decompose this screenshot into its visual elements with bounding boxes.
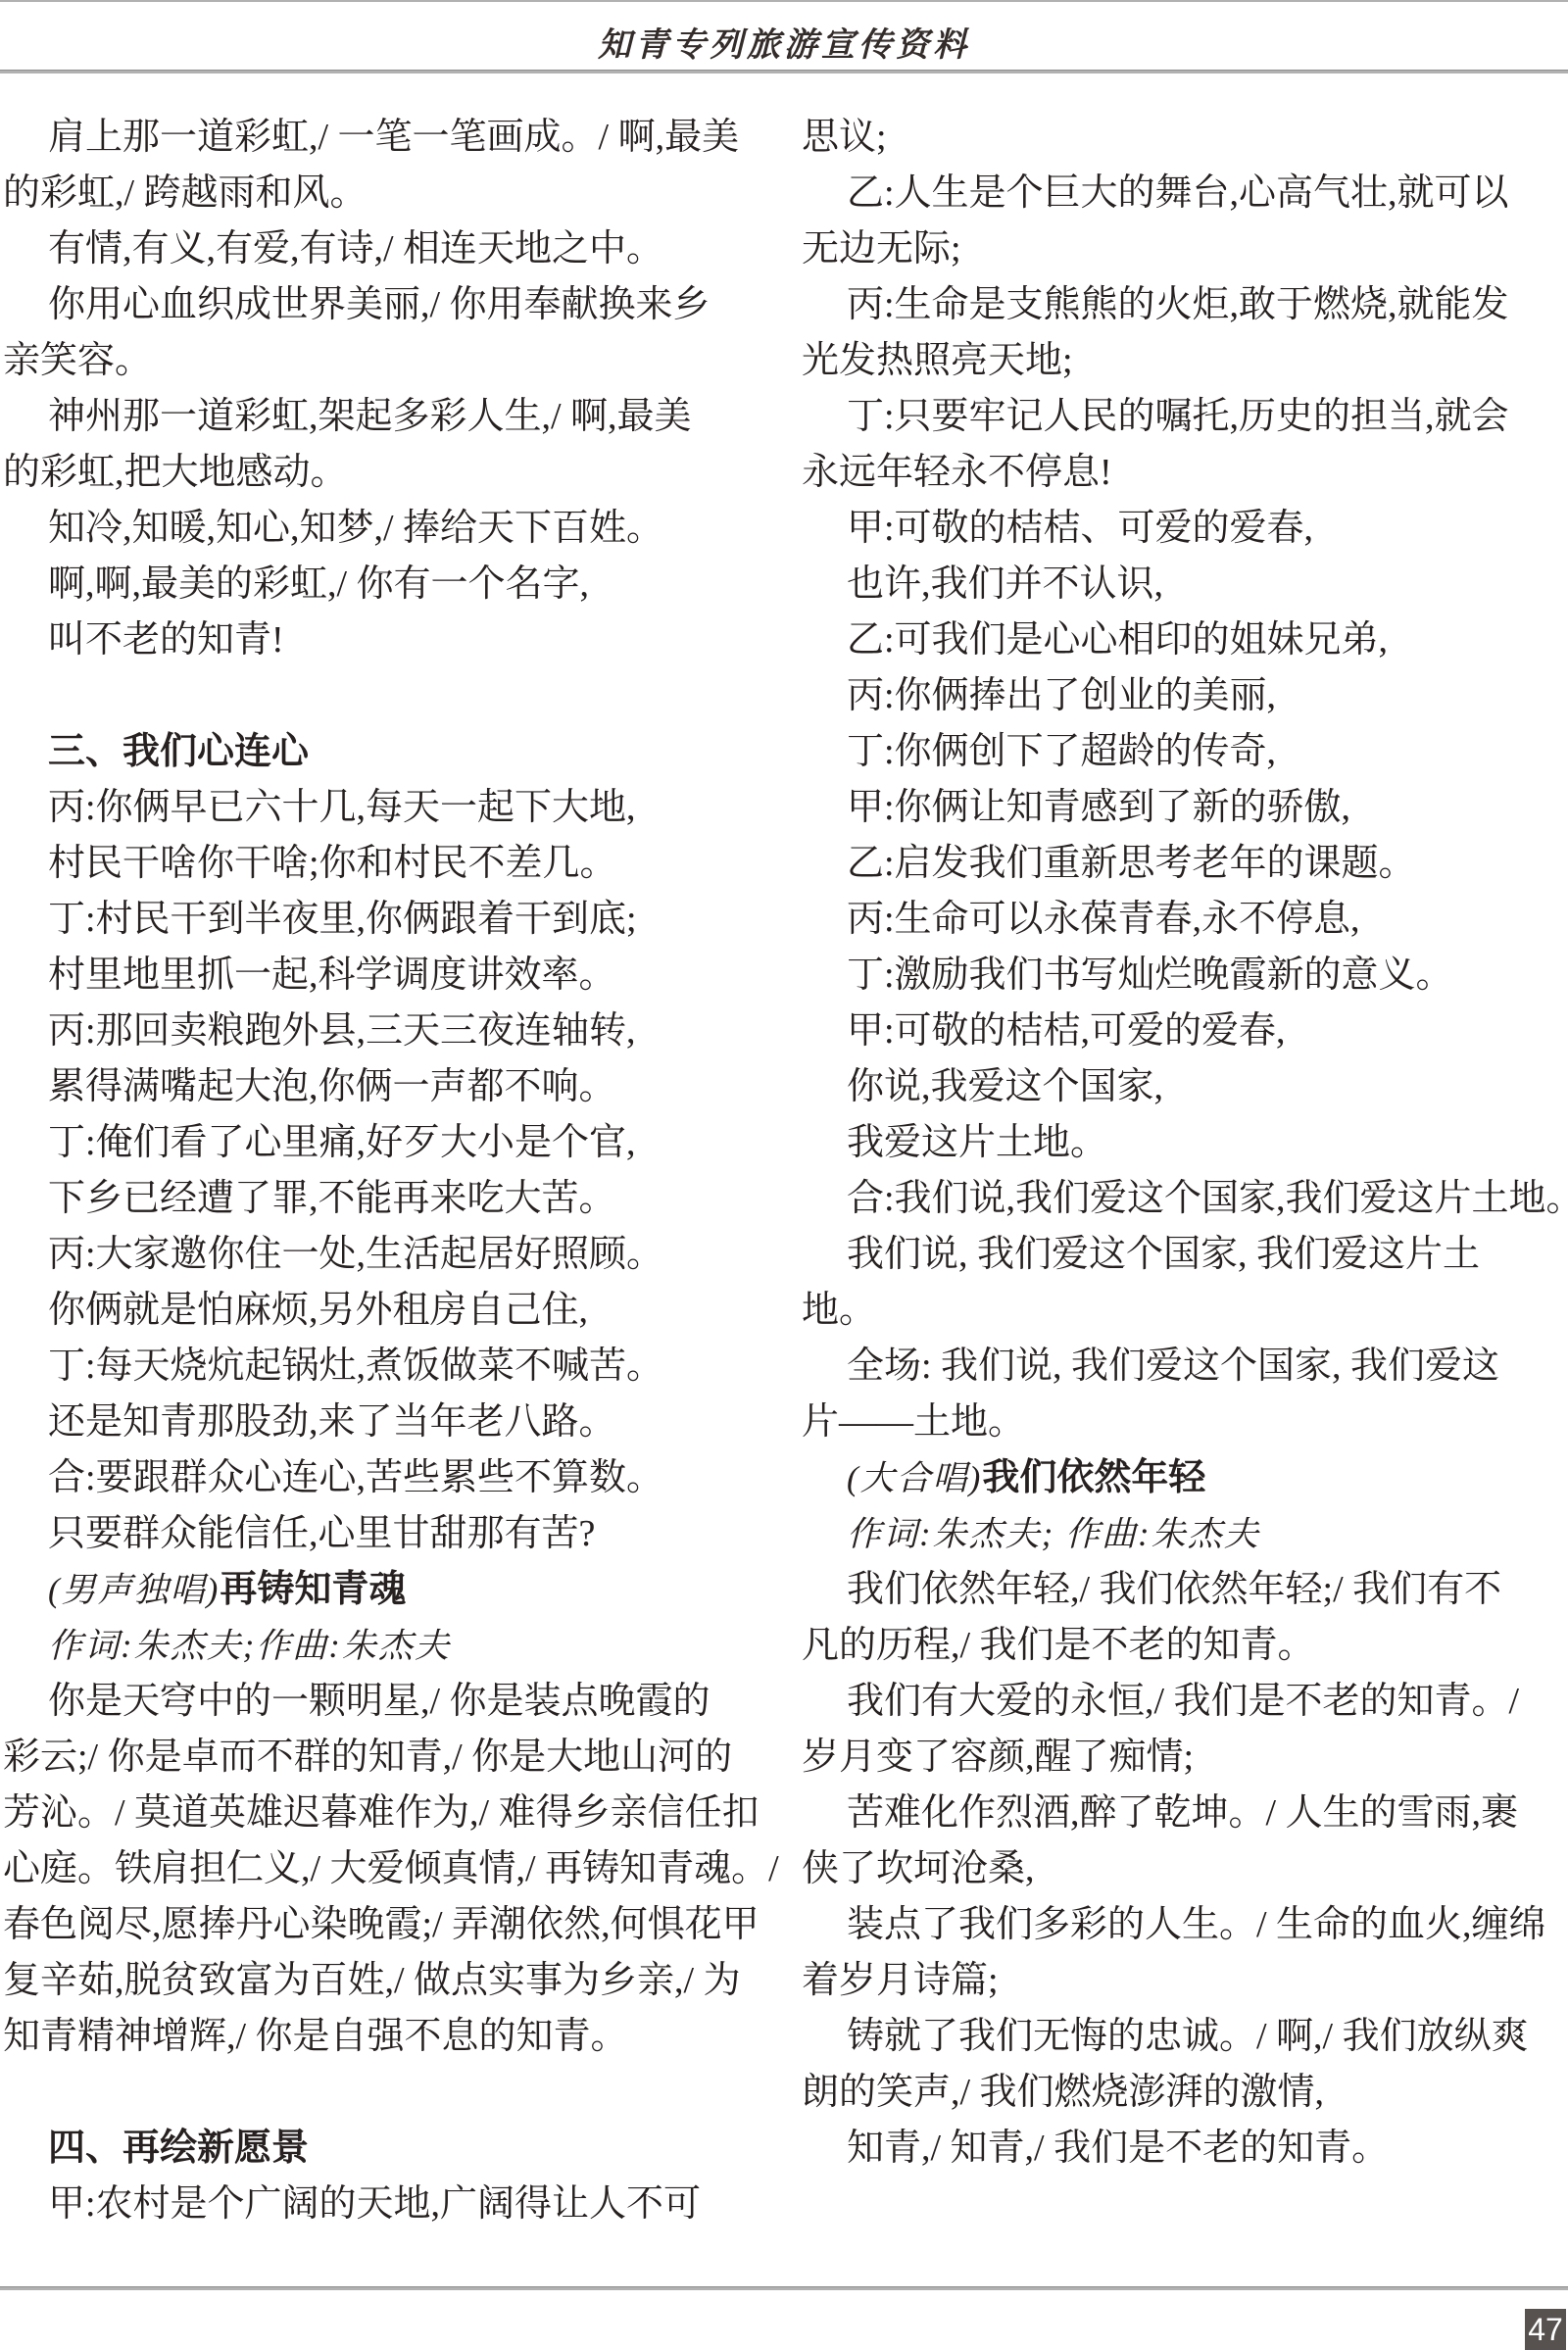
line-text: 你用心血织成世界美丽,/ 你用奉献换来乡 [48, 284, 710, 325]
text-line: 神州那一道彩虹,架起多彩人生,/ 啊,最美 [3, 389, 769, 445]
line-text: 光发热照亮天地; [802, 340, 1073, 381]
text-line: 知青精神增辉,/ 你是自强不息的知青。 [3, 2009, 769, 2065]
line-text: 春色阅尽,愿捧丹心染晚霞;/ 弄潮依然,何惧花甲 [3, 1904, 759, 1945]
text-line: 有情,有义,有爱,有诗,/ 相连天地之中。 [3, 221, 769, 277]
text-line: 丁:你俩创下了超龄的传奇, [802, 724, 1568, 780]
text-line: 岁月变了容颜,醒了痴情; [802, 1730, 1568, 1786]
line-text: 全场: 我们说, 我们爱这个国家, 我们爱这 [847, 1346, 1499, 1387]
text-line: 我爱这片土地。 [802, 1115, 1568, 1171]
line-text: 丁:每天烧炕起锅灶,煮饭做菜不喊苦。 [48, 1346, 663, 1387]
line-text: 岁月变了容颜,醒了痴情; [802, 1737, 1194, 1778]
line-text: 丙:生命可以永葆青春,永不停息, [847, 899, 1360, 940]
line-text: 作词:朱杰夫; 作曲:朱杰夫 [847, 1515, 1260, 1553]
line-text: 也许,我们并不认识, [847, 563, 1163, 605]
page-header-title: 知青专列旅游宣传资料 [0, 18, 1568, 66]
line-text: 乙:启发我们重新思考老年的课题。 [847, 843, 1416, 884]
line-text: 知青,/ 知青,/ 我们是不老的知青。 [847, 2128, 1389, 2169]
text-line: 心庭。铁肩担仁义,/ 大爱倾真情,/ 再铸知青魂。/ [3, 1841, 769, 1897]
footer-rule [0, 2286, 1568, 2290]
line-text: 甲:农村是个广阔的天地,广阔得让人不可 [48, 2183, 701, 2225]
text-line: 我们说, 我们爱这个国家, 我们爱这片土 [802, 1227, 1568, 1283]
section-or-song-title: 四、再绘新愿景 [48, 2128, 309, 2169]
line-text: 丙:那回卖粮跑外县,三天三夜连轴转, [48, 1010, 636, 1052]
text-line: (男声独唱)再铸知青魂 [3, 1562, 769, 1618]
section-or-song-title: 再铸知青魂 [220, 1569, 406, 1610]
top-edge-rule [0, 0, 1568, 2]
line-text: 丁:俺们看了心里痛,好歹大小是个官, [48, 1122, 636, 1163]
text-line: 丙:你俩捧出了创业的美丽, [802, 668, 1568, 724]
line-text: 着岁月诗篇; [802, 1960, 999, 2001]
text-line: 丁:只要牢记人民的嘱托,历史的担当,就会 [802, 389, 1568, 445]
line-text: 甲:你俩让知青感到了新的骄傲, [847, 787, 1350, 828]
text-line: 你俩就是怕麻烦,另外租房自己住, [3, 1283, 769, 1339]
right-column: 思议;乙:人生是个巨大的舞台,心高气壮,就可以无边无际;丙:生命是支熊熊的火炬,… [802, 110, 1568, 2177]
line-text: (大合唱) [847, 1459, 982, 1497]
text-line: 村民干啥你干啥;你和村民不差几。 [3, 836, 769, 892]
line-text: 无边无际; [802, 228, 961, 269]
text-line: 彩云;/ 你是卓而不群的知青,/ 你是大地山河的 [3, 1730, 769, 1786]
line-text: 我爱这片土地。 [847, 1122, 1107, 1163]
text-line: 甲:可敬的桔桔、可爱的爱春, [802, 501, 1568, 557]
text-line: 丙:你俩早已六十几,每天一起下大地, [3, 780, 769, 836]
text-line: 甲:可敬的桔桔,可爱的爱春, [802, 1004, 1568, 1059]
line-text: 苦难化作烈酒,醉了乾坤。/ 人生的雪雨,裹 [847, 1792, 1518, 1834]
text-line: 甲:农村是个广阔的天地,广阔得让人不可 [3, 2177, 769, 2232]
line-text: 芳沁。/ 莫道英雄迟暮难作为,/ 难得乡亲信任扣 [3, 1792, 759, 1834]
text-line: 合:我们说,我们爱这个国家,我们爱这片土地。 [802, 1171, 1568, 1227]
text-line: 丙:大家邀你住一处,生活起居好照顾。 [3, 1227, 769, 1283]
line-text: 作词:朱杰夫;作曲:朱杰夫 [48, 1627, 451, 1665]
text-line: 累得满嘴起大泡,你俩一声都不响。 [3, 1059, 769, 1115]
text-line: 我们依然年轻,/ 我们依然年轻;/ 我们有不 [802, 1562, 1568, 1618]
line-text: 神州那一道彩虹,架起多彩人生,/ 啊,最美 [48, 396, 692, 437]
line-text: 知青精神增辉,/ 你是自强不息的知青。 [3, 2016, 628, 2057]
text-line: 复辛茹,脱贫致富为百姓,/ 做点实事为乡亲,/ 为 [3, 1953, 769, 2009]
line-text: 村民干啥你干啥;你和村民不差几。 [48, 843, 617, 884]
text-line: 丙:生命可以永葆青春,永不停息, [802, 892, 1568, 948]
text-line: 丁:每天烧炕起锅灶,煮饭做菜不喊苦。 [3, 1339, 769, 1395]
text-line: 的彩虹,把大地感动。 [3, 445, 769, 501]
text-line: 凡的历程,/ 我们是不老的知青。 [802, 1618, 1568, 1674]
header-rule [0, 70, 1568, 73]
text-line: 知青,/ 知青,/ 我们是不老的知青。 [802, 2121, 1568, 2177]
text-line: 侠了坎坷沧桑, [802, 1841, 1568, 1897]
line-text: 合:我们说,我们爱这个国家,我们爱这片土地。 [847, 1178, 1568, 1219]
text-line: 苦难化作烈酒,醉了乾坤。/ 人生的雪雨,裹 [802, 1786, 1568, 1841]
text-line: 甲:你俩让知青感到了新的骄傲, [802, 780, 1568, 836]
text-line: 丙:生命是支熊熊的火炬,敢于燃烧,就能发 [802, 277, 1568, 333]
text-line: 你是天穹中的一颗明星,/ 你是装点晚霞的 [3, 1674, 769, 1730]
text-line: 乙:可我们是心心相印的姐妹兄弟, [802, 612, 1568, 668]
line-text: 你俩就是怕麻烦,另外租房自己住, [48, 1290, 588, 1331]
line-text: 侠了坎坷沧桑, [802, 1848, 1035, 1889]
text-line: 春色阅尽,愿捧丹心染晚霞;/ 弄潮依然,何惧花甲 [3, 1897, 769, 1953]
text-line: 装点了我们多彩的人生。/ 生命的血火,缠绵 [802, 1897, 1568, 1953]
line-text: 朗的笑声,/ 我们燃烧澎湃的激情, [802, 2072, 1324, 2113]
line-text: 丙:生命是支熊熊的火炬,敢于燃烧,就能发 [847, 284, 1509, 325]
text-line: 下乡已经遭了罪,不能再来吃大苦。 [3, 1171, 769, 1227]
text-line: 丁:村民干到半夜里,你俩跟着干到底; [3, 892, 769, 948]
line-text: (男声独唱) [48, 1571, 220, 1609]
line-text: 你是天穹中的一颗明星,/ 你是装点晚霞的 [48, 1681, 710, 1722]
line-text: 有情,有义,有爱,有诗,/ 相连天地之中。 [48, 228, 663, 269]
text-line: 全场: 我们说, 我们爱这个国家, 我们爱这 [802, 1339, 1568, 1395]
text-line: 我们有大爱的永恒,/ 我们是不老的知青。/ [802, 1674, 1568, 1730]
line-text: 丁:只要牢记人民的嘱托,历史的担当,就会 [847, 396, 1509, 437]
text-line: 村里地里抓一起,科学调度讲效率。 [3, 948, 769, 1004]
line-text: 甲:可敬的桔桔,可爱的爱春, [847, 1010, 1286, 1052]
section-or-song-title: 三、我们心连心 [48, 731, 309, 772]
text-line: 啊,啊,最美的彩虹,/ 你有一个名字, [3, 557, 769, 612]
text-line: 作词:朱杰夫;作曲:朱杰夫 [3, 1618, 769, 1674]
line-text: 丙:你俩捧出了创业的美丽, [847, 675, 1276, 716]
line-text: 心庭。铁肩担仁义,/ 大爱倾真情,/ 再铸知青魂。/ [3, 1848, 779, 1889]
line-text: 还是知青那股劲,来了当年老八路。 [48, 1401, 616, 1443]
line-text: 叫不老的知青! [48, 619, 284, 661]
line-text: 甲:可敬的桔桔、可爱的爱春, [847, 508, 1313, 549]
line-text: 乙:可我们是心心相印的姐妹兄弟, [847, 619, 1388, 661]
line-text: 的彩虹,/ 跨越雨和风。 [3, 172, 367, 214]
line-text: 累得满嘴起大泡,你俩一声都不响。 [48, 1066, 616, 1107]
text-line: 的彩虹,/ 跨越雨和风。 [3, 166, 769, 221]
line-text: 亲笑容。 [3, 340, 152, 381]
line-text: 我们说, 我们爱这个国家, 我们爱这片土 [847, 1234, 1480, 1275]
line-text: 下乡已经遭了罪,不能再来吃大苦。 [48, 1178, 616, 1219]
text-line: 光发热照亮天地; [802, 333, 1568, 389]
text-line: 芳沁。/ 莫道英雄迟暮难作为,/ 难得乡亲信任扣 [3, 1786, 769, 1841]
text-line: 三、我们心连心 [3, 724, 769, 780]
line-text: 我们有大爱的永恒,/ 我们是不老的知青。/ [847, 1681, 1519, 1722]
text-line: 作词:朱杰夫; 作曲:朱杰夫 [802, 1506, 1568, 1562]
line-text: 永远年轻永不停息! [802, 452, 1112, 493]
text-line: 铸就了我们无悔的忠诚。/ 啊,/ 我们放纵爽 [802, 2009, 1568, 2065]
line-text: 装点了我们多彩的人生。/ 生命的血火,缠绵 [847, 1904, 1546, 1945]
line-text: 只要群众能信任,心里甘甜那有苦? [48, 1513, 595, 1554]
text-line: 叫不老的知青! [3, 612, 769, 668]
text-line: 无边无际; [802, 221, 1568, 277]
text-line: 乙:人生是个巨大的舞台,心高气壮,就可以 [802, 166, 1568, 221]
line-text: 我们依然年轻,/ 我们依然年轻;/ 我们有不 [847, 1569, 1501, 1610]
text-line: 四、再绘新愿景 [3, 2121, 769, 2177]
line-text: 丙:你俩早已六十几,每天一起下大地, [48, 787, 636, 828]
line-text: 丁:村民干到半夜里,你俩跟着干到底; [48, 899, 637, 940]
text-line: 地。 [802, 1283, 1568, 1339]
page-number-badge: 47 [1525, 2309, 1566, 2350]
line-text: 彩云;/ 你是卓而不群的知青,/ 你是大地山河的 [3, 1737, 732, 1778]
text-line: (大合唱)我们依然年轻 [802, 1450, 1568, 1506]
line-text: 知冷,知暖,知心,知梦,/ 捧给天下百姓。 [48, 508, 663, 549]
line-text: 地。 [802, 1290, 876, 1331]
line-text: 思议; [802, 117, 887, 158]
text-line: 着岁月诗篇; [802, 1953, 1568, 2009]
line-text: 丁:你俩创下了超龄的传奇, [847, 731, 1276, 772]
text-line: 朗的笑声,/ 我们燃烧澎湃的激情, [802, 2065, 1568, 2121]
line-text: 合:要跟群众心连心,苦些累些不算数。 [48, 1457, 663, 1498]
text-line: 亲笑容。 [3, 333, 769, 389]
line-text: 肩上那一道彩虹,/ 一笔一笔画成。/ 啊,最美 [48, 117, 739, 158]
line-text: 乙:人生是个巨大的舞台,心高气壮,就可以 [847, 172, 1509, 214]
text-line: 也许,我们并不认识, [802, 557, 1568, 612]
text-line: 片——土地。 [802, 1395, 1568, 1450]
section-or-song-title: 我们依然年轻 [982, 1457, 1205, 1498]
line-text: 你说,我爱这个国家, [847, 1066, 1163, 1107]
line-text: 啊,啊,最美的彩虹,/ 你有一个名字, [48, 563, 589, 605]
text-line: 你说,我爱这个国家, [802, 1059, 1568, 1115]
line-text: 丙:大家邀你住一处,生活起居好照顾。 [48, 1234, 663, 1275]
text-line: 丙:那回卖粮跑外县,三天三夜连轴转, [3, 1004, 769, 1059]
line-text: 丁:激励我们书写灿烂晚霞新的意义。 [847, 955, 1453, 996]
text-line: 肩上那一道彩虹,/ 一笔一笔画成。/ 啊,最美 [3, 110, 769, 166]
line-text: 凡的历程,/ 我们是不老的知青。 [802, 1625, 1315, 1666]
text-line: 你用心血织成世界美丽,/ 你用奉献换来乡 [3, 277, 769, 333]
line-text: 村里地里抓一起,科学调度讲效率。 [48, 955, 616, 996]
text-line: 永远年轻永不停息! [802, 445, 1568, 501]
text-line: 只要群众能信任,心里甘甜那有苦? [3, 1506, 769, 1562]
text-line: 思议; [802, 110, 1568, 166]
text-line: 丁:俺们看了心里痛,好歹大小是个官, [3, 1115, 769, 1171]
text-line: 乙:启发我们重新思考老年的课题。 [802, 836, 1568, 892]
line-text: 复辛茹,脱贫致富为百姓,/ 做点实事为乡亲,/ 为 [3, 1960, 741, 2001]
left-column: 肩上那一道彩虹,/ 一笔一笔画成。/ 啊,最美的彩虹,/ 跨越雨和风。有情,有义… [3, 110, 769, 2232]
text-line: 合:要跟群众心连心,苦些累些不算数。 [3, 1450, 769, 1506]
text-line: 还是知青那股劲,来了当年老八路。 [3, 1395, 769, 1450]
line-text: 的彩虹,把大地感动。 [3, 452, 348, 493]
line-text: 铸就了我们无悔的忠诚。/ 啊,/ 我们放纵爽 [847, 2016, 1529, 2057]
line-text: 片——土地。 [802, 1401, 1025, 1443]
text-line: 丁:激励我们书写灿烂晚霞新的意义。 [802, 948, 1568, 1004]
text-line: 知冷,知暖,知心,知梦,/ 捧给天下百姓。 [3, 501, 769, 557]
